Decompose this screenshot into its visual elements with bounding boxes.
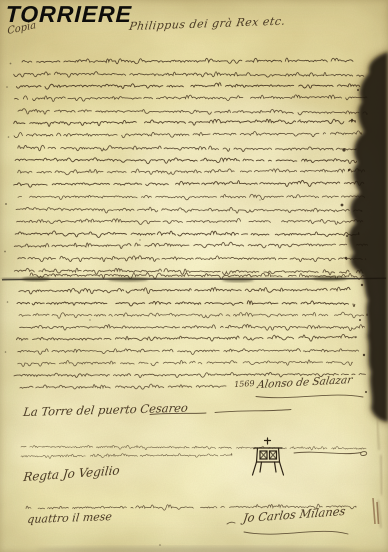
- body-paragraph-1: [14, 58, 368, 279]
- ink-mark: [227, 522, 235, 524]
- chancery-flourish-line: [294, 452, 367, 456]
- handwritten-line: [15, 158, 357, 164]
- handwritten-line: [14, 72, 364, 78]
- notary-seal-sketch: [253, 438, 284, 475]
- handwritten-line: [18, 145, 357, 151]
- handwritten-line: [22, 58, 356, 64]
- body-paragraph-2: [14, 287, 368, 389]
- handwritten-line: [20, 324, 365, 330]
- milanes-rubric: [244, 531, 348, 534]
- handwritten-line: [16, 83, 359, 89]
- handwritten-line: [18, 194, 365, 200]
- handwritten-line: [17, 334, 357, 341]
- docket-dash: [215, 410, 291, 413]
- handwritten-line: [16, 207, 362, 213]
- handwritten-line: [14, 181, 364, 188]
- handwritten-line: [17, 218, 363, 224]
- fold-crease: [2, 276, 386, 282]
- handwritten-line: [19, 287, 350, 294]
- handwritten-line: [18, 169, 365, 175]
- handwritten-line: [19, 312, 368, 318]
- salazar-rubric: [256, 395, 363, 398]
- handwritten-line: [17, 301, 355, 307]
- bottom-edge-smudge: [35, 546, 355, 552]
- handwritten-line: [18, 256, 366, 262]
- handwritten-line: [15, 231, 359, 238]
- handwritten-line: [18, 360, 353, 367]
- handwritten-line: [14, 242, 367, 248]
- date-fragment-label: 1569: [234, 380, 255, 390]
- handwritten-line: [20, 384, 226, 389]
- handwritten-line: [18, 109, 367, 115]
- manuscript-page: TORRIERE Copia Philippus dei grà Rex etc…: [0, 0, 388, 552]
- handwritten-line: [14, 119, 356, 126]
- handwritten-line: [14, 131, 362, 138]
- handwritten-line: [21, 453, 232, 458]
- handwritten-line: [14, 268, 363, 275]
- handwritten-line: [21, 445, 366, 450]
- handwritten-line: [14, 95, 367, 102]
- handwritten-line: [18, 349, 359, 355]
